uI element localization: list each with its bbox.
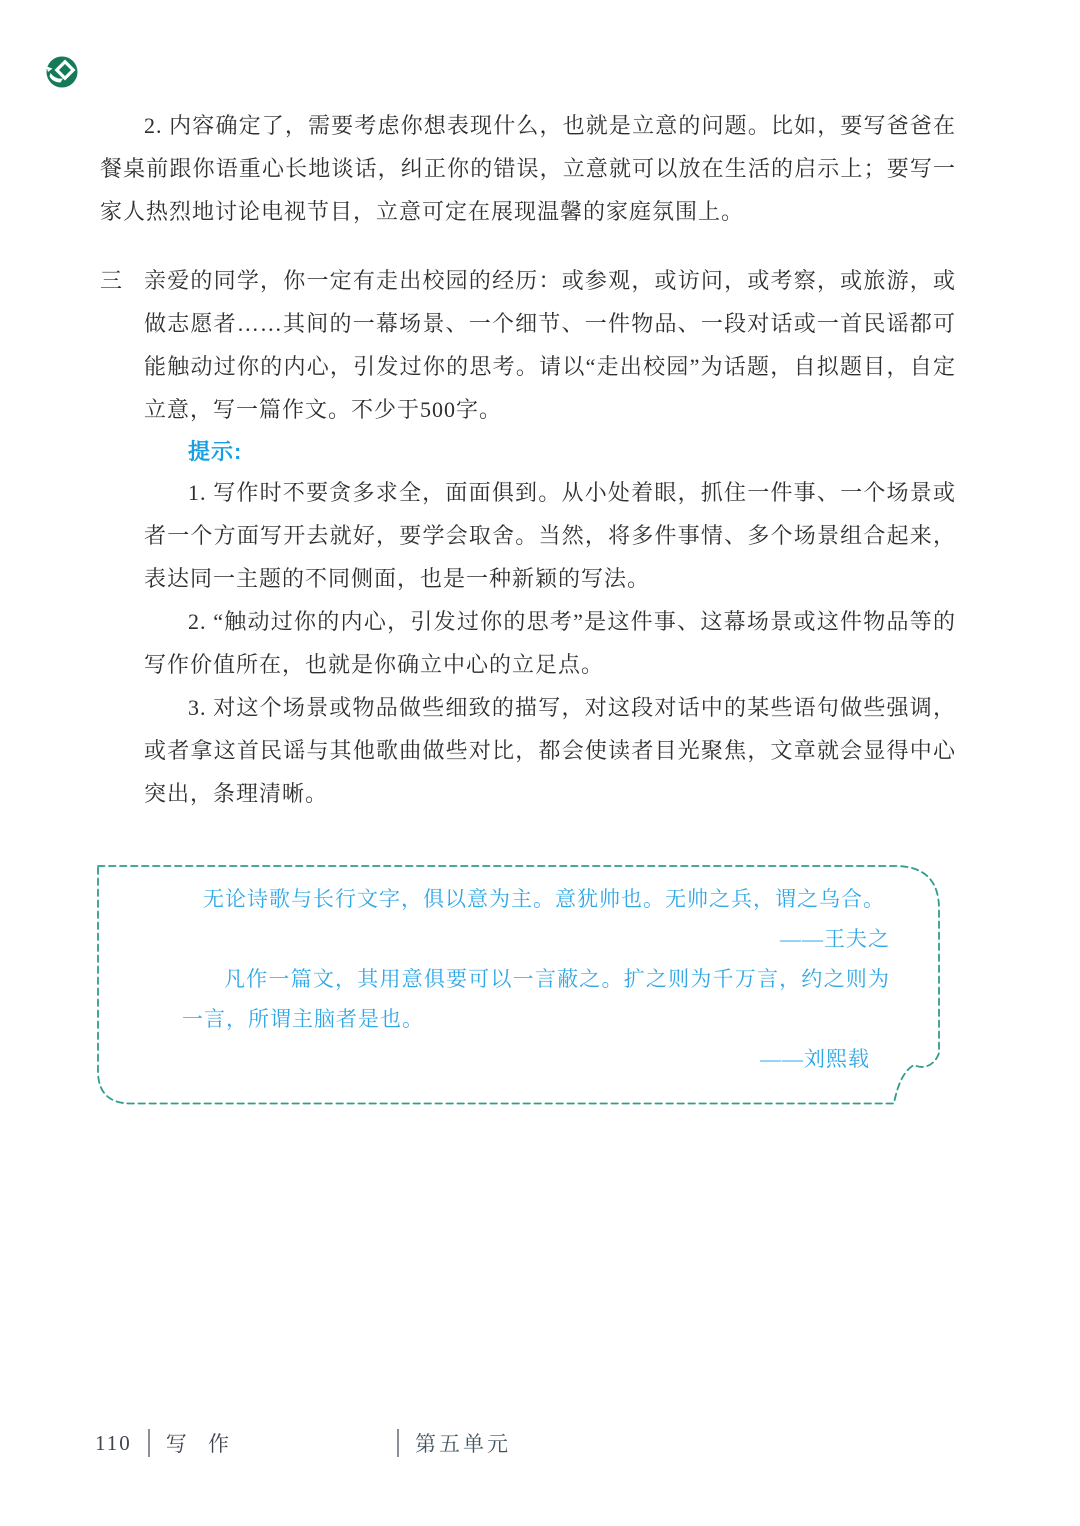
paragraph-item-2: 2. 内容确定了，需要考虑你想表现什么，也就是立意的问题。比如，要写爸爸在餐桌前… — [100, 104, 956, 233]
footer-divider — [148, 1429, 150, 1457]
quote-text-wang: 无论诗歌与长行文字，俱以意为主。意犹帅也。无帅之兵，谓之乌合。 — [182, 879, 890, 919]
hint-item-1: 1. 写作时不要贪多求全，面面俱到。从小处着眼，抓住一件事、一个场景或者一个方面… — [144, 471, 956, 600]
quote-text-liu: 凡作一篇文，其用意俱要可以一言蔽之。扩之则为千万言，约之则为一言，所谓主脑者是也… — [182, 959, 890, 1039]
quote-attribution-wang: ——王夫之 — [182, 919, 890, 959]
main-text-column: 2. 内容确定了，需要考虑你想表现什么，也就是立意的问题。比如，要写爸爸在餐桌前… — [100, 104, 956, 815]
footer-divider — [397, 1429, 399, 1457]
textbook-page: 2. 内容确定了，需要考虑你想表现什么，也就是立意的问题。比如，要写爸爸在餐桌前… — [0, 0, 1080, 1526]
footer-section-label: 写 作 — [166, 1428, 237, 1458]
quote-content: 无论诗歌与长行文字，俱以意为主。意犹帅也。无帅之兵，谓之乌合。 ——王夫之 凡作… — [97, 879, 940, 1079]
page-footer: 110 写 作 第五单元 — [95, 1428, 511, 1458]
section-three: 三 亲爱的同学，你一定有走出校园的经历：或参观，或访问，或考察，或旅游，或做志愿… — [100, 259, 956, 815]
section-three-marker: 三 — [100, 259, 144, 815]
section-three-intro: 亲爱的同学，你一定有走出校园的经历：或参观，或访问，或考察，或旅游，或做志愿者…… — [144, 259, 956, 431]
footer-unit-label: 第五单元 — [415, 1428, 511, 1458]
hint-label: 提示: — [144, 435, 956, 469]
section-three-body: 亲爱的同学，你一定有走出校园的经历：或参观，或访问，或考察，或旅游，或做志愿者…… — [144, 259, 956, 815]
hint-item-2: 2. “触动过你的内心，引发过你的思考”是这件事、这幕场景或这件物品等的写作价值… — [144, 600, 956, 686]
quote-box: 无论诗歌与长行文字，俱以意为主。意犹帅也。无帅之兵，谓之乌合。 ——王夫之 凡作… — [97, 865, 940, 1105]
publisher-logo-icon — [46, 56, 78, 88]
page-number: 110 — [95, 1431, 132, 1456]
hint-item-3: 3. 对这个场景或物品做些细致的描写，对这段对话中的某些语句做些强调，或者拿这首… — [144, 686, 956, 815]
quote-attribution-liu: ——刘熙载 — [182, 1039, 890, 1079]
